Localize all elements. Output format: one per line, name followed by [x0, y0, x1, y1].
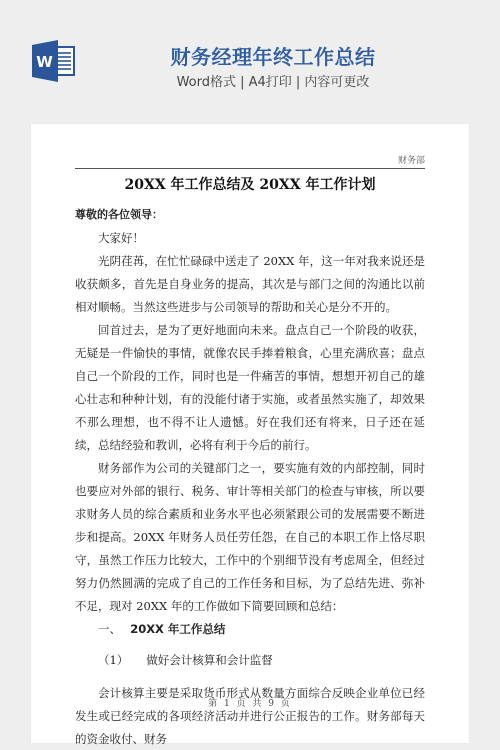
- paragraph-1: 光阴荏苒，在忙忙碌碌中送走了 20XX 年，这一年对我来说还是收获颇多，首先是自…: [75, 250, 425, 319]
- page-footer: 第 1 页 共 9 页: [31, 696, 469, 709]
- paragraph-2: 回首过去，是为了更好地面向未来。盘点自己一个阶段的收获，无疑是一件愉快的事情，就…: [75, 319, 425, 457]
- greeting: 大家好！: [75, 227, 425, 250]
- paragraph-3: 财务部作为公司的关键部门之一，要实施有效的内部控制，同时也要应对外部的银行、税务…: [75, 457, 425, 618]
- banner-subtitle: Word格式 | A4打印 | 内容可更改: [120, 74, 426, 92]
- document-page: 财务部 20XX 年工作总结及 20XX 年工作计划 尊敬的各位领导： 大家好！…: [31, 124, 469, 743]
- svg-text:W: W: [36, 53, 53, 71]
- section-title: 20XX 年工作总结: [130, 622, 225, 636]
- document-body: 尊敬的各位领导： 大家好！ 光阴荏苒，在忙忙碌碌中送走了 20XX 年，这一年对…: [75, 203, 425, 750]
- document-title: 20XX 年工作总结及 20XX 年工作计划: [75, 174, 425, 196]
- section-number: 一、: [98, 618, 130, 641]
- header-divider: [75, 168, 425, 169]
- subsection-number: （1）: [98, 649, 146, 672]
- banner-header: W 财务经理年终工作总结 Word格式 | A4打印 | 内容可更改: [0, 0, 500, 124]
- subsection-title: 做好会计核算和会计监督: [146, 653, 273, 667]
- banner-title: 财务经理年终工作总结: [120, 44, 426, 70]
- subsection-paragraph: 会计核算主要是采取货币形式从数量方面综合反映企业单位已经发生或已经完成的各项经济…: [75, 682, 425, 750]
- section-heading: 一、20XX 年工作总结: [75, 618, 425, 641]
- subsection-heading: （1）做好会计核算和会计监督: [75, 649, 425, 672]
- salutation: 尊敬的各位领导：: [75, 203, 425, 226]
- word-document-icon: W: [32, 40, 77, 82]
- header-department: 财务部: [398, 155, 425, 167]
